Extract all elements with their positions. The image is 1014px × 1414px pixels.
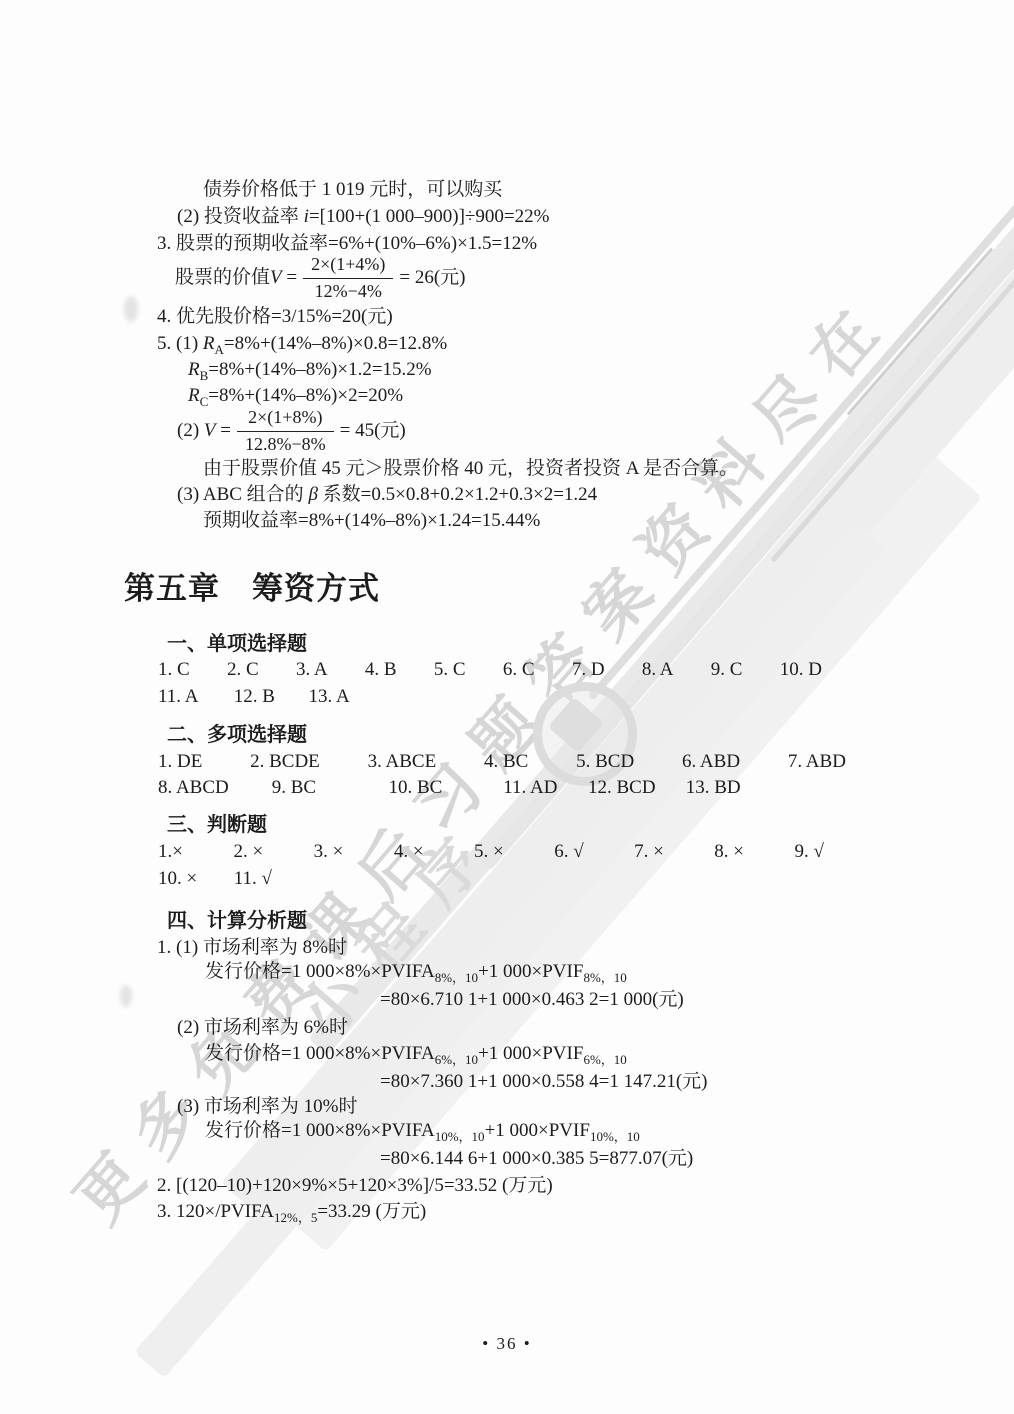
formula-text: (2) 投资收益率 — [177, 206, 304, 227]
formula-text: =33.29 (万元) — [317, 1201, 426, 1222]
beta-line: (3) ABC 组合的 β 系数=0.5×0.8+0.2×1.2+0.3×2=1… — [177, 482, 597, 508]
bond-note-text: 债券价格低于 1 019 元时，可以购买 — [203, 179, 502, 200]
fraction-denominator: 12.8%−8% — [237, 432, 334, 456]
answer-item: 6. C — [503, 657, 535, 683]
calc-q1-case1-head: 1. (1) 市场利率为 8%时 — [157, 935, 347, 961]
answer-item: 11. A — [158, 684, 229, 710]
formula-text: 系数=0.5×0.8+0.2×1.2+0.3×2=1.24 — [318, 484, 597, 505]
bond-note-line: 债券价格低于 1 019 元时，可以购买 — [203, 177, 502, 203]
answer-item: 10. D — [780, 657, 822, 683]
answer-item: 13. A — [309, 684, 350, 710]
section-heading-text: 二、多项选择题 — [167, 724, 307, 746]
subscript-rate: 8%，10 — [435, 970, 478, 985]
investment-return-line: (2) 投资收益率 i=[100+(1 000–900)]÷900=22% — [177, 204, 549, 230]
answer-item: 4. × — [394, 839, 424, 865]
section-heading-multi-choice: 二、多项选择题 — [167, 722, 307, 748]
calc-q1-case2-head: (2) 市场利率为 6%时 — [177, 1015, 348, 1041]
item-number: 5. (1) — [157, 333, 203, 354]
single-choice-row-1: 1. C 2. C 3. A 4. B 5. C 6. C 7. D 8. A … — [158, 657, 822, 683]
multi-choice-row-1: 1. DE 2. BCDE 3. ABCE 4. BC 5. BCD 6. AB… — [158, 749, 846, 775]
calc-q1-case3-head: (3) 市场利率为 10%时 — [177, 1094, 357, 1120]
page-number: • 36 • — [0, 1334, 1014, 1354]
judgment-row-1: 1.× 2. × 3. × 4. × 5. × 6. √ 7. × 8. × 9… — [158, 839, 824, 865]
subscript-rate: 12%，5 — [274, 1210, 317, 1225]
answer-item: 2. C — [227, 657, 259, 683]
answer-item: 4. B — [365, 657, 397, 683]
item-number: (2) — [177, 418, 199, 444]
subscript-a: A — [215, 342, 224, 357]
formula-text: 发行价格=1 000×8%×PVIFA — [205, 961, 435, 982]
answer-item: 4. BC — [484, 749, 528, 775]
subscript-rate: 6%，10 — [583, 1052, 626, 1067]
answer-item: 7. × — [634, 839, 664, 865]
rb-line: RB=8%+(14%–8%)×1.2=15.2% — [188, 357, 432, 383]
formula-text: +1 000×PVIF — [478, 961, 583, 982]
calc-q1-case2-result: =80×7.360 1+1 000×0.558 4=1 147.21(元) — [380, 1069, 707, 1095]
answer-item: 3. A — [296, 657, 328, 683]
equals-sign: = — [220, 418, 231, 444]
variable-r: R — [188, 359, 200, 380]
page-content: 债券价格低于 1 019 元时，可以购买 (2) 投资收益率 i=[100+(1… — [0, 0, 1014, 1414]
formula-text: 3. 120×/PVIFA — [157, 1201, 274, 1222]
stock-value-formula-2: (2) V = 2×(1+8%) 12.8%−8% = 45(元) — [177, 405, 406, 457]
conclusion-line: 由于股票价值 45 元＞股票价格 40 元，投资者投资 A 是否合算。 — [203, 456, 738, 482]
case-heading-text: (2) 市场利率为 6%时 — [177, 1017, 348, 1038]
answer-item: 6. √ — [554, 839, 583, 865]
variable-v: V — [204, 418, 216, 444]
formula-text: = 45(元) — [340, 418, 406, 444]
section-heading-text: 四、计算分析题 — [167, 910, 307, 932]
formula-text: (3) ABC 组合的 — [177, 484, 308, 505]
subscript-rate: 8%，10 — [583, 970, 626, 985]
subscript-rate: 6%，10 — [435, 1052, 478, 1067]
formula-text: 股票的价值 — [175, 265, 270, 291]
formula-text: 4. 优先股价格=3/15%=20(元) — [157, 306, 393, 327]
formula-text: 预期收益率=8%+(14%–8%)×1.24=15.44% — [203, 510, 540, 531]
answer-item: 8. A — [642, 657, 674, 683]
formula-text: =80×6.144 6+1 000×0.385 5=877.07(元) — [380, 1148, 693, 1169]
formula-text: =8%+(14%–8%)×2=20% — [208, 385, 403, 406]
formula-text: = 26(元) — [399, 265, 465, 291]
formula-text: =[100+(1 000–900)]÷900=22% — [309, 206, 549, 227]
answer-item: 1. DE — [158, 749, 202, 775]
fraction: 2×(1+4%) 12%−4% — [303, 253, 393, 303]
section-heading-judgment: 三、判断题 — [167, 812, 267, 838]
answer-item: 3. ABCE — [368, 749, 437, 775]
answer-item: 8. × — [714, 839, 744, 865]
answer-item: 1. C — [158, 657, 190, 683]
chapter-title-text: 第五章 筹资方式 — [124, 571, 380, 606]
answer-item: 10. × — [158, 866, 229, 892]
answer-item: 8. ABCD — [158, 775, 267, 801]
single-choice-row-2: 11. A 12. B 13. A — [158, 684, 350, 710]
answer-item: 12. B — [234, 684, 304, 710]
formula-text: =8%+(14%–8%)×0.8=12.8% — [224, 333, 447, 354]
formula-text: 2. [(120–10)+120×9%×5+120×3%]/5=33.52 (万… — [157, 1175, 553, 1196]
variable-beta: β — [308, 484, 317, 505]
case-heading-text: (3) 市场利率为 10%时 — [177, 1096, 357, 1117]
calc-q2-line: 2. [(120–10)+120×9%×5+120×3%]/5=33.52 (万… — [157, 1173, 553, 1199]
expected-return-result-line: 预期收益率=8%+(14%–8%)×1.24=15.44% — [203, 508, 540, 534]
answer-item: 2. BCDE — [250, 749, 320, 775]
answer-item: 13. BD — [686, 775, 741, 801]
formula-text: +1 000×PVIF — [485, 1120, 590, 1141]
preferred-stock-line: 4. 优先股价格=3/15%=20(元) — [157, 304, 393, 330]
subscript-rate: 10%，10 — [590, 1129, 640, 1144]
calc-q1-case2-formula: 发行价格=1 000×8%×PVIFA6%，10+1 000×PVIF6%，10 — [205, 1041, 627, 1067]
variable-r: R — [188, 385, 200, 406]
answer-item: 10. BC — [389, 775, 499, 801]
fraction-denominator: 12%−4% — [303, 279, 393, 303]
ra-line: 5. (1) RA=8%+(14%–8%)×0.8=12.8% — [157, 331, 447, 357]
page-number-text: • 36 • — [482, 1334, 531, 1353]
answer-item: 7. ABD — [788, 749, 846, 775]
formula-text: +1 000×PVIF — [478, 1043, 583, 1064]
fraction: 2×(1+8%) 12.8%−8% — [237, 406, 334, 456]
answer-item: 3. × — [314, 839, 344, 865]
case-heading-text: 1. (1) 市场利率为 8%时 — [157, 937, 347, 958]
answer-item: 7. D — [572, 657, 605, 683]
section-heading-text: 一、单项选择题 — [167, 633, 307, 655]
formula-text: =8%+(14%–8%)×1.2=15.2% — [208, 359, 431, 380]
chapter-title: 第五章 筹资方式 — [124, 570, 380, 608]
answer-item: 5. × — [474, 839, 504, 865]
book-page: 更多免费课后习题答案资料尽在 小程序 债券价格低于 1 019 元时，可以购买 … — [0, 0, 1014, 1414]
answer-item: 9. √ — [794, 839, 823, 865]
formula-text: =80×7.360 1+1 000×0.558 4=1 147.21(元) — [380, 1071, 707, 1092]
calc-q3-line: 3. 120×/PVIFA12%，5=33.29 (万元) — [157, 1199, 426, 1225]
calc-q1-case1-result: =80×6.710 1+1 000×0.463 2=1 000(元) — [380, 987, 684, 1013]
answer-item: 2. × — [233, 839, 263, 865]
equals-sign: = — [286, 265, 297, 291]
answer-item: 9. C — [711, 657, 743, 683]
judgment-row-2: 10. × 11. √ — [158, 866, 272, 892]
answer-item: 12. BCD — [588, 775, 681, 801]
formula-text: =80×6.710 1+1 000×0.463 2=1 000(元) — [380, 989, 684, 1010]
section-heading-single-choice: 一、单项选择题 — [167, 631, 307, 657]
answer-item: 5. C — [434, 657, 466, 683]
answer-item: 11. AD — [503, 775, 583, 801]
fraction-numerator: 2×(1+8%) — [237, 406, 334, 431]
fraction-numerator: 2×(1+4%) — [303, 253, 393, 278]
variable-v: V — [270, 265, 282, 291]
formula-text: 发行价格=1 000×8%×PVIFA — [205, 1043, 435, 1064]
stock-value-formula: 股票的价值V = 2×(1+4%) 12%−4% = 26(元) — [175, 252, 466, 304]
multi-choice-row-2: 8. ABCD 9. BC 10. BC 11. AD 12. BCD 13. … — [158, 775, 741, 801]
calc-q1-case3-formula: 发行价格=1 000×8%×PVIFA10%，10+1 000×PVIF10%，… — [205, 1118, 640, 1144]
subscript-b: B — [200, 368, 209, 383]
answer-item: 1.× — [158, 839, 183, 865]
variable-r: R — [203, 333, 215, 354]
answer-item: 11. √ — [234, 866, 272, 892]
note-text: 由于股票价值 45 元＞股票价格 40 元，投资者投资 A 是否合算。 — [203, 458, 738, 479]
subscript-rate: 10%，10 — [435, 1129, 485, 1144]
calc-q1-case1-formula: 发行价格=1 000×8%×PVIFA8%，10+1 000×PVIF8%，10 — [205, 959, 627, 985]
formula-text: 3. 股票的预期收益率=6%+(10%–6%)×1.5=12% — [157, 233, 537, 254]
section-heading-calculation: 四、计算分析题 — [167, 908, 307, 934]
answer-item: 6. ABD — [682, 749, 740, 775]
formula-text: 发行价格=1 000×8%×PVIFA — [205, 1120, 435, 1141]
calc-q1-case3-result: =80×6.144 6+1 000×0.385 5=877.07(元) — [380, 1146, 693, 1172]
answer-item: 9. BC — [272, 775, 384, 801]
section-heading-text: 三、判断题 — [167, 814, 267, 836]
answer-item: 5. BCD — [576, 749, 634, 775]
